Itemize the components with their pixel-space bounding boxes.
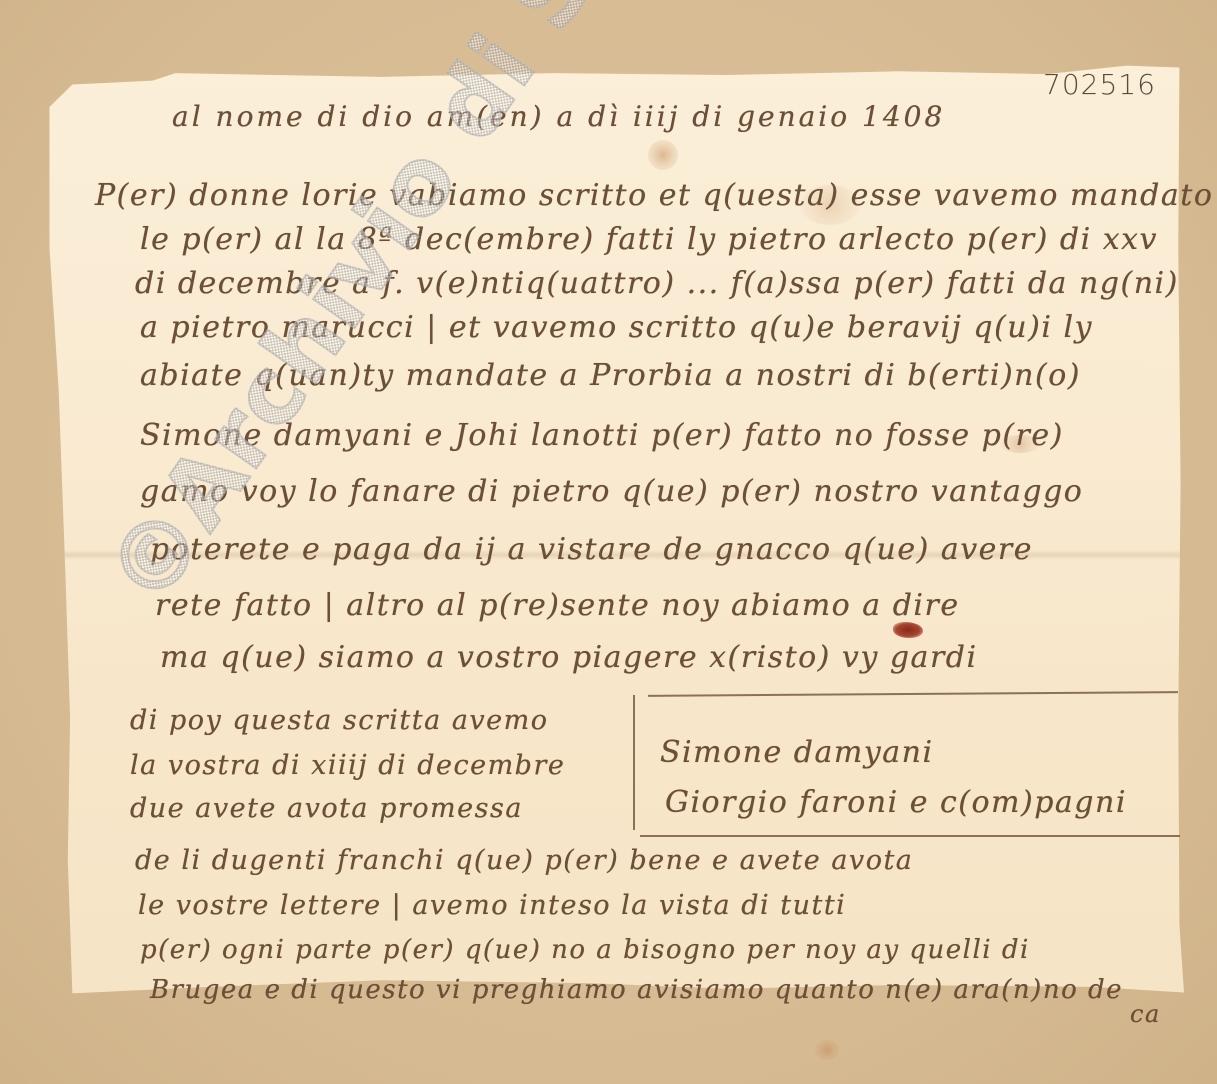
- body-line: P(er) donne lorie vabiamo scritto et q(u…: [95, 178, 1213, 213]
- postscript-line: p(er) ogni parte p(er) q(ue) no a bisogn…: [140, 935, 1030, 965]
- postscript-line: di poy questa scritta avemo: [130, 705, 549, 736]
- signature-line: Simone damyani: [660, 735, 934, 770]
- postscript-line: de li dugenti franchi q(ue) p(er) bene e…: [135, 845, 913, 876]
- archive-number: 702516: [1043, 68, 1156, 101]
- postscript-line: le vostre lettere | avemo inteso la vist…: [138, 890, 846, 921]
- body-line: le p(er) al la 8ª dec(embre) fatti ly pi…: [140, 222, 1158, 257]
- body-line: gamo voy lo fanare di pietro q(ue) p(er)…: [140, 474, 1083, 509]
- body-line: poterete e paga da ij a vistare de gnacc…: [150, 532, 1033, 567]
- wax-stain: [893, 622, 923, 638]
- postscript-line: due avete avota promessa: [130, 793, 523, 824]
- body-line: rete fatto | altro al p(re)sente noy abi…: [155, 588, 960, 623]
- divider-vertical: [633, 695, 635, 830]
- postscript-line: Brugea e di questo vi preghiamo avisiamo…: [150, 975, 1123, 1005]
- stain: [815, 1040, 839, 1060]
- stain: [648, 140, 678, 170]
- signature-line: Giorgio faroni e c(om)pagni: [665, 785, 1127, 820]
- corner-note: ca: [1130, 1000, 1161, 1028]
- letter-heading: al nome di dio am(en) a dì iiij di genai…: [172, 100, 945, 133]
- divider-line: [640, 835, 1180, 837]
- postscript-line: la vostra di xiiij di decembre: [130, 750, 565, 781]
- body-line: ma q(ue) siamo a vostro piagere x(risto)…: [160, 640, 978, 675]
